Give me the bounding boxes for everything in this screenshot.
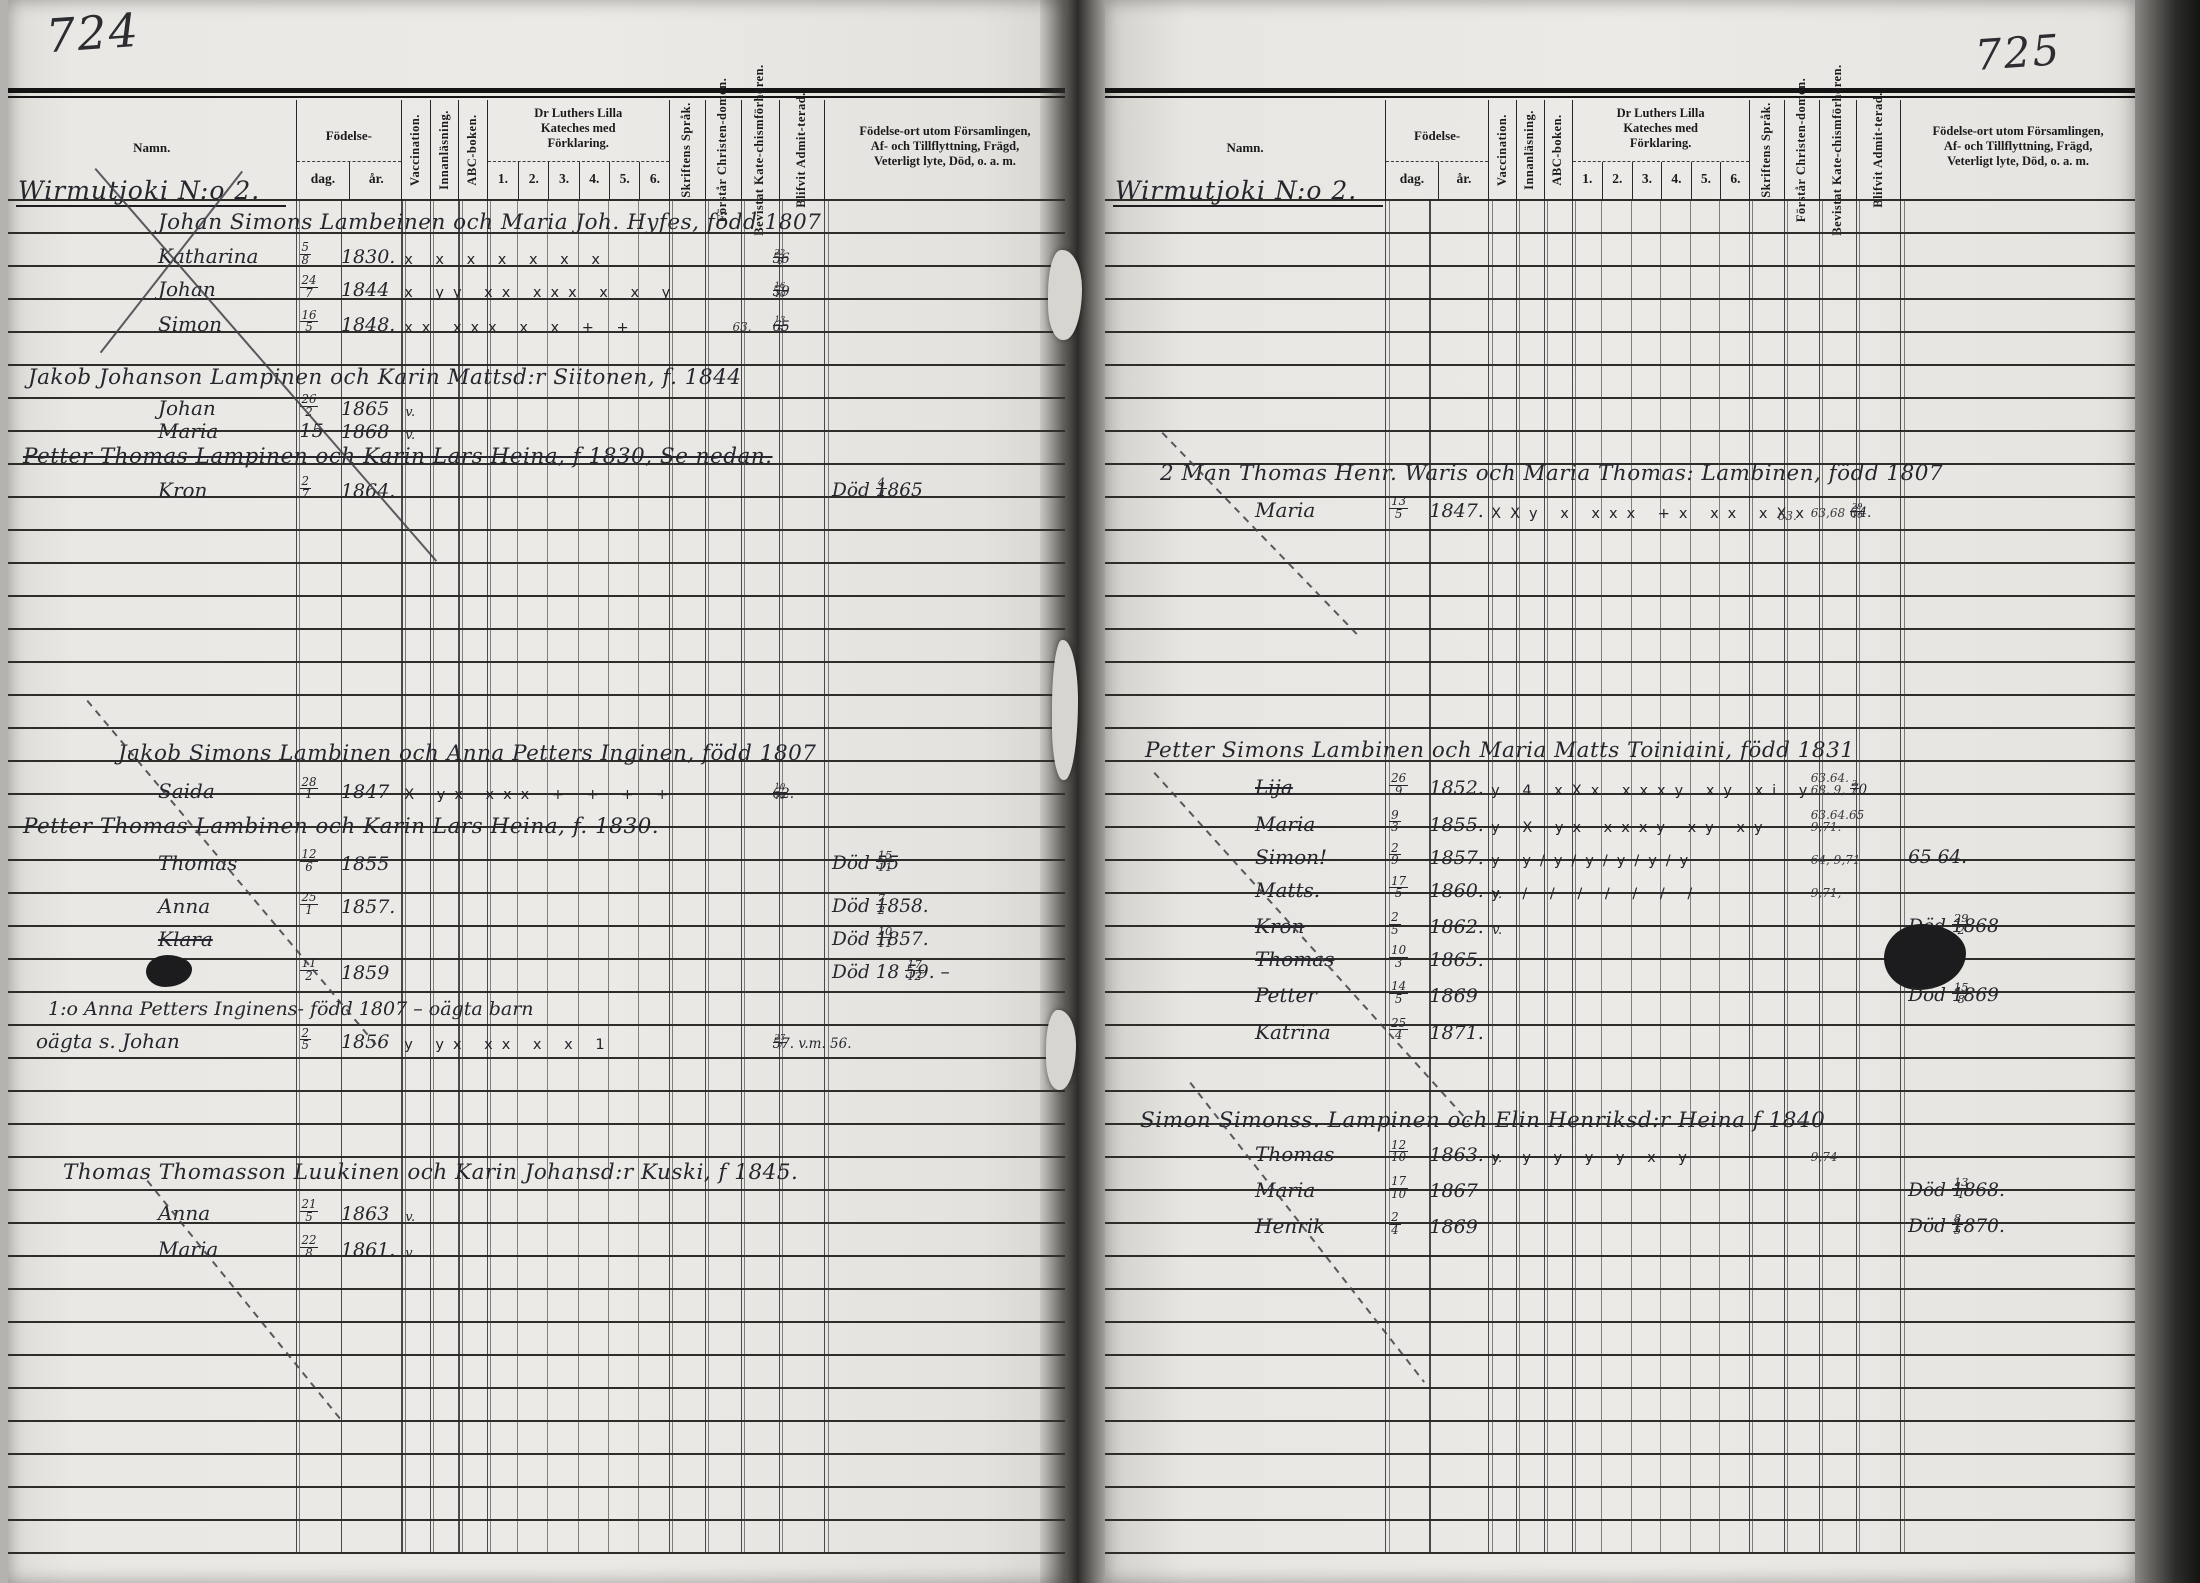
family-head-text: Simon Simonss. Lampinen och Elin Henriks…	[1140, 1108, 1825, 1133]
bevistat-note: 63.64.65 9,71.	[1811, 809, 1864, 833]
child-name: Lija	[1255, 775, 1293, 799]
catechism-marks: y / / / / / / /	[1491, 886, 1701, 902]
birth-year: 1869	[1429, 1216, 1477, 1238]
table-top-rule	[1105, 88, 2135, 93]
family-head-text: Petter Simons Lambinen och Maria Matts T…	[1145, 738, 1854, 763]
birth-year: 1871.	[1429, 1022, 1483, 1044]
page-number: 724	[44, 3, 141, 63]
family-head-row: Petter Thomas Lambinen och Karin Lars He…	[8, 806, 1065, 840]
ink-blot	[146, 955, 192, 987]
family-head-text: Jakob Simons Lambinen och Anna Petters I…	[118, 741, 817, 766]
ledger-page-left: 724 Namn.Födelse-dag.år.Vaccination.Inna…	[8, 0, 1065, 1583]
village-heading: Wirmutjoki N:o 2.	[1113, 176, 1383, 207]
bevistat-note: 64, 9,71	[1811, 854, 1861, 866]
child-name: Matts.	[1255, 878, 1320, 902]
birth-year: 1847	[341, 781, 389, 803]
table-top-rule	[1105, 96, 2135, 98]
table-top-rule	[8, 96, 1065, 98]
birth-year: 1860.	[1429, 880, 1483, 902]
birth-year: 1855	[341, 853, 389, 875]
birth-year: 1844	[341, 279, 389, 301]
family-head-row: Johan Simons Lambeinen och Maria Joh. Hy…	[8, 202, 1065, 236]
child-name: Katrina	[1255, 1020, 1331, 1044]
church-ledger-scan: 724 Namn.Födelse-dag.år.Vaccination.Inna…	[0, 0, 2200, 1583]
family-head-row: Jakob Simons Lambinen och Anna Petters I…	[8, 733, 1065, 767]
birth-year: 1857.	[341, 896, 395, 918]
child-name: Henrik	[1255, 1214, 1325, 1238]
child-name: Saida	[158, 779, 215, 803]
child-row: Petter1451869Död 158 1869	[1105, 974, 2135, 1008]
catechism-marks: y 4 xXx xxxy xy xi y	[1491, 783, 1816, 799]
child-row: Thomas12101863.v.y y y y y x y9,74	[1105, 1133, 2135, 1167]
note-suffix: v.	[1492, 923, 1502, 938]
bevistat-note: 9,71,	[1811, 887, 1842, 899]
birth-year: 1830.	[341, 246, 395, 268]
bevistat-note: 9,74	[1811, 1151, 1838, 1163]
child-name: oägta s. Johan	[36, 1029, 180, 1053]
child-row: Simon1651848.xx xxx x x + +63.136 65	[8, 303, 1065, 337]
birth-year: 1852.	[1429, 777, 1483, 799]
birth-year: 1867	[1429, 1180, 1477, 1202]
child-row: Johan2471844x yy xx xxx x x y1610 59	[8, 268, 1065, 302]
note-suffix: v.	[405, 1210, 415, 1225]
child-row: Kron251862.v.Död 292 1868	[1105, 905, 2135, 939]
family-head-row: Petter Simons Lambinen och Maria Matts T…	[1105, 730, 2135, 764]
birth-year: 1857.	[1429, 847, 1483, 869]
child-row: Anna2511857.Död 72 1858.	[8, 885, 1065, 919]
child-row: Lija2691852.y 4 xXx xxxy xy xi y63.64. 6…	[1105, 766, 2135, 800]
note-text: 1:o Anna Petters Inginens- född 1807 – o…	[48, 998, 534, 1020]
child-name: Kron	[158, 478, 207, 502]
birth-year: 1856	[341, 1031, 389, 1053]
child-name: Maria	[1255, 812, 1315, 836]
book-gutter	[1040, 0, 1105, 1583]
birth-year: 1863.	[1429, 1144, 1483, 1166]
catechism-marks: y y y y y x y	[1491, 1150, 1696, 1166]
catechism-marks: y yx xx x x 1	[404, 1037, 613, 1053]
birth-year: 1863	[341, 1203, 389, 1225]
child-row: Maria17101867Död 131 1868.	[1105, 1169, 2135, 1203]
table-top-rule	[8, 88, 1065, 93]
child-row: Kron271864.Död 44 1865	[8, 469, 1065, 503]
child-row: Maria1351847.XXy x xxx +x xx xXx63.63,68…	[1105, 489, 2135, 523]
birth-year: 1855.	[1429, 814, 1483, 836]
birth-year: 1859	[341, 962, 389, 984]
bevistat-note: 63.64. 68. 9,	[1811, 772, 1849, 796]
catechism-marks: x x x x x x x	[404, 252, 609, 268]
family-head-text: Petter Thomas Lampinen och Karin Lars He…	[23, 444, 773, 469]
skrift-note: 63.	[1778, 510, 1797, 522]
note-suffix: v.	[405, 1246, 415, 1261]
birth-year: 1869	[1429, 985, 1477, 1007]
child-row: Maria931855.y X yx xxxy xy xy63.64.65 9,…	[1105, 803, 2135, 837]
family-head-row: Simon Simonss. Lampinen och Elin Henriks…	[1105, 1100, 2135, 1134]
child-row: Katrina2541871.	[1105, 1011, 2135, 1045]
catechism-marks: x yy xx xxx x x y	[404, 285, 679, 301]
birth-year: 1865.	[1429, 949, 1483, 971]
bevistat-note: 63,68	[1811, 507, 1845, 519]
child-row: Thomas1261855Död 1511 55	[8, 842, 1065, 876]
child-row: oägta s. Johan251856y yx xx x x 1277 57.…	[8, 1020, 1065, 1054]
family-head-row: Thomas Thomasson Luukinen och Karin Joha…	[8, 1152, 1065, 1186]
catechism-marks: y y/y/y/y/y/y	[1491, 853, 1697, 869]
child-name: Simon!	[1255, 845, 1327, 869]
catechism-marks: X yx xxx + + + +	[404, 787, 677, 803]
child-row: KlaraDöd 1011 1857.	[8, 918, 1065, 952]
family-head-row: Petter Thomas Lampinen och Karin Lars He…	[8, 436, 1065, 470]
birth-year: 1848.	[341, 314, 395, 336]
child-row: Anna2151863v.	[8, 1192, 1065, 1226]
birth-year: 1861.	[341, 1239, 395, 1261]
child-row: N.1121859Död 18 1712 59. –	[8, 951, 1065, 985]
page-number: 725	[1973, 25, 2062, 80]
family-head-text: 2 Man Thomas Henr. Waris och Maria Thoma…	[1160, 461, 1943, 486]
child-name: Klara	[158, 927, 213, 951]
child-name: Anna	[158, 894, 210, 918]
catechism-marks: XXy x xxx +x xx xXx	[1491, 506, 1813, 522]
note-row: 1:o Anna Petters Inginens- född 1807 – o…	[8, 987, 1065, 1021]
child-row: Matts.1751860.v.y / / / / / / /9,71,	[1105, 869, 2135, 903]
child-row: Saida2811847X yx xxx + + + +1010 62.	[8, 770, 1065, 804]
child-name: Maria	[1255, 498, 1315, 522]
birth-year: 1862.	[1429, 916, 1483, 938]
ledger-page-right: 725 Namn.Födelse-dag.år.Vaccination.Inna…	[1105, 0, 2135, 1583]
child-row: Henrik241869Död 85 1870.	[1105, 1205, 2135, 1239]
family-head-row: 2 Man Thomas Henr. Waris och Maria Thoma…	[1105, 453, 2135, 487]
section-heading: Wirmutjoki N:o 2.	[1105, 174, 2135, 208]
child-name: Kron	[1255, 914, 1304, 938]
child-row: Maria2281861.v.	[8, 1228, 1065, 1262]
family-head-text: Thomas Thomasson Luukinen och Karin Joha…	[63, 1160, 798, 1185]
child-name: Simon	[158, 312, 222, 336]
child-name: Petter	[1255, 983, 1317, 1007]
scan-edge-band	[2135, 0, 2200, 1583]
bevistat-note: 63.	[733, 321, 752, 333]
family-head-text: Petter Thomas Lambinen och Karin Lars He…	[23, 814, 659, 839]
child-row: Simon!291857.y y/y/y/y/y/y64, 9,7165 64.	[1105, 836, 2135, 870]
child-row: Thomas1031865.102 1866,	[1105, 938, 2135, 972]
catechism-marks: y X yx xxxy xy xy	[1491, 820, 1771, 836]
birth-year: 1847.	[1429, 500, 1483, 522]
family-head-text: Johan Simons Lambeinen och Maria Joh. Hy…	[158, 210, 821, 235]
catechism-marks: xx xxx x x + +	[404, 320, 637, 336]
child-name: Maria	[1255, 1178, 1315, 1202]
child-name: Thomas	[1255, 1142, 1334, 1166]
